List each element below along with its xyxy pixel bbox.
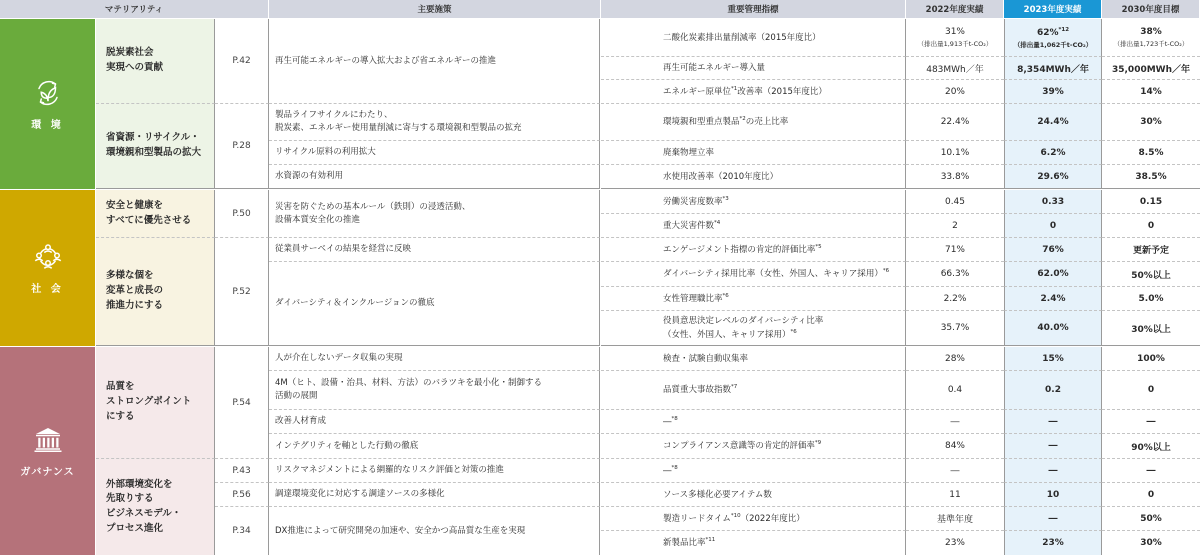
value-2023: ― [1004, 410, 1102, 434]
measure-item: DX推進によって研究開発の加速や、安全かつ高品質な生産を実現 [269, 507, 600, 555]
value-2023: 0.2 [1004, 371, 1102, 410]
measure-item: 4M（ヒト、設備・治具、材料、方法）のバラツキを最小化・制御する 活動の展開 [269, 371, 600, 410]
header-materiality: マテリアリティ [0, 0, 269, 18]
value-2030: 35,000MWh／年 [1102, 57, 1200, 80]
kpi-name: 検査・試験自動収集率 [601, 347, 906, 371]
measure-item: リサイクル原料の利用拡大 [269, 141, 600, 165]
page-ref[interactable]: P.50 [215, 190, 269, 238]
value-2022: 11 [906, 483, 1004, 507]
value-2030: 0 [1102, 214, 1200, 238]
page-ref[interactable]: P.42 [215, 19, 269, 104]
footnote-ref: *6 [883, 268, 889, 274]
value-2022: 0.4 [906, 371, 1004, 410]
kpi-name: 労働災害度数率*3 [601, 190, 906, 214]
page-ref[interactable]: P.34 [215, 507, 269, 555]
value-2030: 38%（排出量1,723千t-CO₂） [1102, 19, 1200, 57]
value-2023: 0.33 [1004, 190, 1102, 214]
value-2022: 基準年度 [906, 507, 1004, 531]
measure-item: インテグリティを軸とした行動の徹底 [269, 434, 600, 459]
value-2030: 0.15 [1102, 190, 1200, 214]
value-2030: 14% [1102, 80, 1200, 104]
category-environment: 環 境 [0, 19, 95, 189]
measure-item: 従業員サーベイの結果を経営に反映 [269, 238, 600, 262]
kpi-name: ―*8 [601, 410, 906, 434]
kpi-name: コンプライアンス意識等の肯定的評価率*9 [601, 434, 906, 459]
value-2030: 30% [1102, 531, 1200, 555]
value-2023: 10 [1004, 483, 1102, 507]
header-measures: 主要施策 [269, 0, 601, 18]
leaf-recycle-icon [33, 78, 63, 108]
measure-item: 改善人材育成 [269, 410, 600, 434]
category-label: ガバナンス [20, 463, 74, 478]
value-2023: 2.4% [1004, 287, 1102, 311]
value-2030: 50% [1102, 507, 1200, 531]
kpi-name: 品質重大事故指数*7 [601, 371, 906, 410]
value-2030: 50%以上 [1102, 262, 1200, 287]
materiality-business-model: 外部環境変化を 先取りする ビジネスモデル・ プロセス進化 [96, 459, 215, 555]
page-ref[interactable]: P.28 [215, 104, 269, 189]
page-ref[interactable]: P.43 [215, 459, 269, 483]
kpi-name: ソース多様化必要アイテム数 [601, 483, 906, 507]
footnote-ref: *6 [723, 293, 729, 299]
value-2030: 0 [1102, 371, 1200, 410]
value-2030: 8.5% [1102, 141, 1200, 165]
materiality-quality: 品質を ストロングポイント にする [96, 347, 215, 459]
kpi-name: エネルギー原単位*1改善率（2015年度比） [601, 80, 906, 104]
materiality-resources: 省資源・リサイクル・ 環境親和型製品の拡大 [96, 104, 215, 189]
kpi-name: 重大災害件数*4 [601, 214, 906, 238]
value-2023: ― [1004, 507, 1102, 531]
value-2030: ― [1102, 459, 1200, 483]
kpi-name: 役員意思決定レベルのダイバーシティ比率 （女性、外国人、キャリア採用）*6 [601, 311, 906, 346]
value-2023: 23% [1004, 531, 1102, 555]
header-2022: 2022年度実績 [906, 0, 1004, 18]
value-2023: 6.2% [1004, 141, 1102, 165]
value-2030: 38.5% [1102, 165, 1200, 189]
footnote-ref: *5 [815, 244, 821, 250]
materiality-decarbonization: 脱炭素社会 実現への貢献 [96, 19, 215, 104]
measure-item: ダイバーシティ＆インクルージョンの徹底 [269, 262, 600, 346]
value-2023: 62%*12（排出量1,062千t-CO₂） [1004, 19, 1102, 57]
value-2022: 35.7% [906, 311, 1004, 346]
temple-building-icon [33, 425, 63, 455]
value-2022: 28% [906, 347, 1004, 371]
kpi-name: 廃棄物埋立率 [601, 141, 906, 165]
value-2023: 29.6% [1004, 165, 1102, 189]
measure-item: 水資源の有効利用 [269, 165, 600, 189]
measure-item: 再生可能エネルギーの導入拡大および省エネルギーの推進 [269, 19, 600, 104]
value-2022: 22.4% [906, 104, 1004, 141]
value-2022: 84% [906, 434, 1004, 459]
page-ref[interactable]: P.56 [215, 483, 269, 507]
footnote-ref: *8 [672, 416, 678, 422]
kpi-name: 製造リードタイム*10（2022年度比） [601, 507, 906, 531]
value-2023: 40.0% [1004, 311, 1102, 346]
footnote-ref: *6 [791, 329, 797, 335]
page-ref[interactable]: P.52 [215, 238, 269, 346]
value-2030: 0 [1102, 483, 1200, 507]
kpi-name: 再生可能エネルギー導入量 [601, 57, 906, 80]
value-2022: 2.2% [906, 287, 1004, 311]
materiality-diversity: 多様な個を 変革と成長の 推進力にする [96, 238, 215, 346]
category-label: 社 会 [31, 280, 63, 295]
measure-item: 調達環境変化に対応する調達ソースの多様化 [269, 483, 600, 507]
measure-item: 災害を防ぐための基本ルール（鉄則）の浸透活動、 設備本質安全化の推進 [269, 190, 600, 238]
kpi-name: エンゲージメント指標の肯定的評価比率*5 [601, 238, 906, 262]
value-2023: 24.4% [1004, 104, 1102, 141]
header-kpi: 重要管理指標 [601, 0, 906, 18]
value-2023: 39% [1004, 80, 1102, 104]
header-2023: 2023年度実績 [1004, 0, 1102, 18]
value-2030: 30% [1102, 104, 1200, 141]
value-2022: 31%（排出量1,913千t-CO₂） [906, 19, 1004, 57]
footnote-ref: *9 [815, 440, 821, 446]
footnote-ref: *12 [1059, 27, 1070, 33]
measure-item: 人が介在しないデータ収集の実現 [269, 347, 600, 371]
footnote-ref: *10 [731, 513, 741, 519]
value-2022: 23% [906, 531, 1004, 555]
category-governance: ガバナンス [0, 347, 95, 555]
footnote-ref: *11 [706, 537, 716, 543]
value-2030: ― [1102, 410, 1200, 434]
value-2022: 33.8% [906, 165, 1004, 189]
footnote-ref: *4 [714, 220, 720, 226]
measure-item: リスクマネジメントによる網羅的なリスク評価と対策の推進 [269, 459, 600, 483]
value-2030: 30%以上 [1102, 311, 1200, 346]
value-2023: 8,354MWh／年 [1004, 57, 1102, 80]
people-circle-icon [33, 242, 63, 272]
value-2023: ― [1004, 459, 1102, 483]
value-2023: ― [1004, 434, 1102, 459]
value-2022: ― [906, 459, 1004, 483]
category-label: 環 境 [31, 116, 63, 131]
kpi-name: 女性管理職比率*6 [601, 287, 906, 311]
kpi-name: ―*8 [601, 459, 906, 483]
footnote-ref: *8 [672, 465, 678, 471]
value-2022: 20% [906, 80, 1004, 104]
footnote-ref: *7 [731, 384, 737, 390]
kpi-name: 二酸化炭素排出量削減率（2015年度比） [601, 19, 906, 57]
value-2022: 66.3% [906, 262, 1004, 287]
footnote-ref: *3 [723, 196, 729, 202]
kpi-name: 新製品比率*11 [601, 531, 906, 555]
header-2030: 2030年度目標 [1102, 0, 1200, 18]
measure-item: 製品ライフサイクルにわたり、 脱炭素、エネルギー使用量削減に寄与する環境親和型製… [269, 104, 600, 141]
page-ref[interactable]: P.54 [215, 347, 269, 459]
value-2022: 71% [906, 238, 1004, 262]
value-2022: 2 [906, 214, 1004, 238]
value-2030: 100% [1102, 347, 1200, 371]
value-2030: 5.0% [1102, 287, 1200, 311]
value-2030: 更新予定 [1102, 238, 1200, 262]
value-2022: 483MWh／年 [906, 57, 1004, 80]
value-2022: ― [906, 410, 1004, 434]
materiality-safety: 安全と健康を すべてに優先させる [96, 190, 215, 238]
value-2022: 10.1% [906, 141, 1004, 165]
kpi-name: ダイバーシティ採用比率（女性、外国人、キャリア採用）*6 [601, 262, 906, 287]
value-2023: 62.0% [1004, 262, 1102, 287]
kpi-name: 水使用改善率（2010年度比） [601, 165, 906, 189]
value-2023: 15% [1004, 347, 1102, 371]
category-social: 社 会 [0, 190, 95, 346]
value-2030: 90%以上 [1102, 434, 1200, 459]
value-2023: 0 [1004, 214, 1102, 238]
value-2022: 0.45 [906, 190, 1004, 214]
kpi-name: 環境親和型重点製品*2の売上比率 [601, 104, 906, 141]
value-2023: 76% [1004, 238, 1102, 262]
